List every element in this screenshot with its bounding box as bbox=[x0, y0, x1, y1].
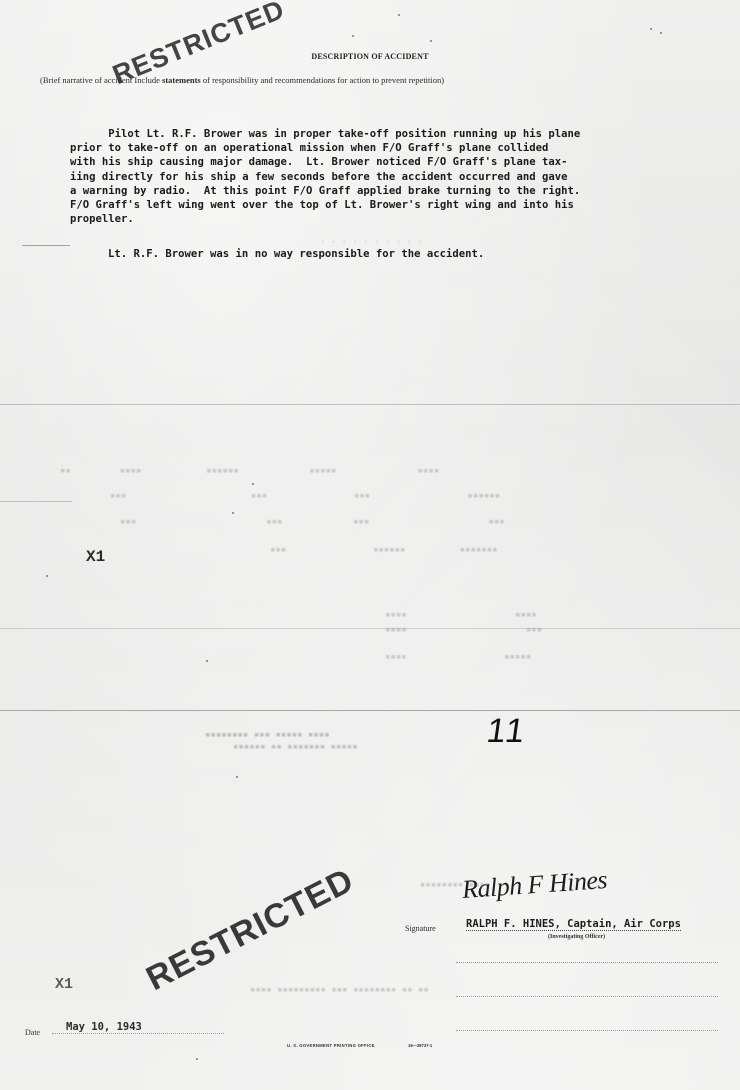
scan-speck bbox=[232, 512, 234, 514]
date-dotted-line bbox=[52, 1033, 224, 1034]
scan-speck bbox=[206, 660, 208, 662]
bleed-through-text: ▪▪ ▪▪▪▪ ▪▪▪▪▪▪ ▪▪▪▪▪ ▪▪▪▪ bbox=[60, 466, 439, 476]
date-label: Date bbox=[25, 1028, 40, 1037]
page-title: DESCRIPTION OF ACCIDENT bbox=[0, 52, 740, 61]
bleed-through-text: ▪▪▪▪ ▪▪▪ bbox=[385, 625, 542, 635]
investigating-officer-role: (Investigating Officer) bbox=[548, 934, 605, 940]
scan-speck bbox=[650, 28, 652, 30]
bleed-through-text: ▪▪▪▪▪▪▪▪ ▪▪▪ ▪▪▪▪▪ ▪▪▪▪ bbox=[205, 730, 330, 740]
accident-narrative: Pilot Lt. R.F. Brower was in proper take… bbox=[70, 127, 730, 226]
form-rule bbox=[0, 404, 740, 405]
margin-mark: X1 bbox=[55, 976, 73, 993]
printer-imprint: U. S. GOVERNMENT PRINTING OFFICE bbox=[287, 1043, 375, 1048]
narrative-line: iing directly for his ship a few seconds… bbox=[70, 170, 730, 184]
handwritten-mark: 11 bbox=[484, 712, 529, 751]
bleed-through-text: ▪▪▪ ▪▪▪ ▪▪▪ ▪▪▪ bbox=[120, 517, 505, 527]
form-rule bbox=[0, 628, 740, 629]
scan-speck bbox=[430, 40, 432, 42]
narrative-line: with his ship causing major damage. Lt. … bbox=[70, 155, 730, 169]
scan-speck bbox=[196, 1058, 198, 1060]
bleed-through-text: ▪▪▪▪▪▪ ▪▪ ▪▪▪▪▪▪▪ ▪▪▪▪▪ bbox=[233, 742, 358, 752]
dotted-line bbox=[456, 962, 718, 963]
bleed-through-text: ▪▪▪ ▪▪▪▪▪▪ ▪▪▪▪▪▪▪ bbox=[270, 545, 498, 555]
scan-speck bbox=[236, 776, 238, 778]
responsibility-statement: Lt. R.F. Brower was in no way responsibl… bbox=[108, 248, 484, 260]
narrative-line: propeller. bbox=[70, 212, 730, 226]
scan-speck bbox=[660, 32, 662, 34]
bleed-through-text: ▪▪▪▪ ▪▪▪▪ bbox=[385, 610, 537, 620]
form-rule bbox=[0, 501, 72, 502]
narrative-line: a warning by radio. At this point F/O Gr… bbox=[70, 184, 730, 198]
dotted-line bbox=[456, 1030, 718, 1031]
scan-speck bbox=[46, 575, 48, 577]
signature-label: Signature bbox=[405, 924, 436, 933]
dotted-line bbox=[456, 996, 718, 997]
scan-speck bbox=[352, 35, 354, 37]
scan-speck bbox=[398, 14, 400, 16]
narrative-line: prior to take-off on an operational miss… bbox=[70, 141, 730, 155]
bleed-through-text: ▪▪▪▪ ▪▪▪▪▪ bbox=[385, 652, 531, 662]
form-number: 16—28737-1 bbox=[408, 1043, 432, 1048]
form-rule bbox=[22, 245, 70, 246]
bleed-through-text: · · · · · · · · · · bbox=[320, 238, 423, 248]
narrative-line: F/O Graff's left wing went over the top … bbox=[70, 198, 730, 212]
instructions-text-end: of responsibility and recommendations fo… bbox=[201, 75, 444, 85]
instructions-emphasis: statements bbox=[162, 75, 201, 85]
narrative-line: Pilot Lt. R.F. Brower was in proper take… bbox=[70, 127, 730, 141]
margin-mark: X1 bbox=[86, 548, 105, 566]
bleed-through-text: ▪▪▪ ▪▪▪ ▪▪▪ ▪▪▪▪▪▪ bbox=[110, 491, 500, 501]
bleed-through-text: ▪▪▪▪ ▪▪▪▪▪▪▪▪▪ ▪▪▪ ▪▪▪▪▪▪▪▪ ▪▪ ▪▪ bbox=[250, 985, 429, 995]
investigating-officer-name: RALPH F. HINES, Captain, Air Corps bbox=[466, 918, 681, 931]
form-rule bbox=[0, 710, 740, 711]
scan-speck bbox=[252, 483, 254, 485]
report-date: May 10, 1943 bbox=[66, 1021, 142, 1033]
